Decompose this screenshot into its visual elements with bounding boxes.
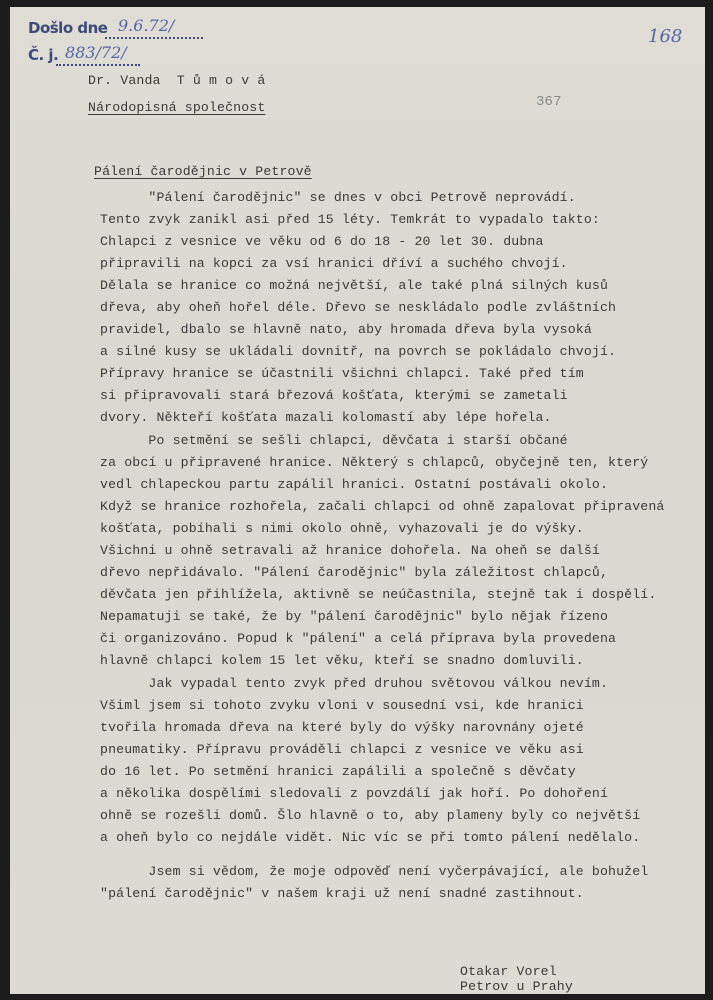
- body-line: hlavně chlapci kolem 15 let věku, kteří …: [100, 653, 584, 668]
- closing-line: "pálení čarodějnic" v našem kraji už nen…: [100, 886, 584, 901]
- body-line: Po setmění se sešli chlapci, děvčata i s…: [100, 433, 568, 448]
- body-line: pneumatiky. Přípravu prováděli chlapci z…: [100, 742, 584, 757]
- body-line: tvořila hromada dřeva na které byly do v…: [100, 720, 584, 735]
- body-line: si připravovali stará březová košťata, k…: [100, 388, 568, 403]
- body-line: Nepamatuji se také, že by "pálení čarodě…: [100, 609, 608, 624]
- addressee-name: Dr. Vanda T ů m o v á: [88, 73, 265, 88]
- body-line: dřeva, aby oheň hořel déle. Dřevo se nes…: [100, 300, 616, 315]
- stamp-line: [56, 64, 140, 66]
- body-line: Všiml jsem si tohoto zvyku vloni v souse…: [100, 698, 584, 713]
- body-line: dvory. Někteří košťata mazali kolomastí …: [100, 410, 552, 425]
- body-line: vedl chlapeckou partu zapálil hranici. O…: [100, 477, 608, 492]
- body-line: Přípravy hranice se účastnili všichni ch…: [100, 366, 584, 381]
- body-line: ohně se rozešli domů. Šlo hlavně o to, a…: [100, 808, 640, 823]
- received-stamp-label: Došlo dne: [28, 19, 107, 37]
- document-page: Došlo dne 9.6.72/ Č. j. 883/72/ 168 367 …: [10, 7, 705, 994]
- body-line: za obcí u připravené hranice. Některý s …: [100, 455, 648, 470]
- body-line: připravili na kopci za vsí hranici dříví…: [100, 256, 568, 271]
- stamp-line: [105, 37, 203, 39]
- signature-name: Otakar Vorel: [460, 964, 557, 979]
- body-line: pravidel, dbalo se hlavně nato, aby hrom…: [100, 322, 592, 337]
- body-line: košťata, pobíhali s nimi okolo ohně, vyh…: [100, 521, 584, 536]
- body-line: a oheň bylo co nejdále vidět. Nic víc se…: [100, 830, 640, 845]
- archive-mark: 367: [536, 94, 562, 110]
- body-line: dřevo nepřidávalo. "Pálení čarodějnic" b…: [100, 565, 608, 580]
- body-line: Chlapci z vesnice ve věku od 6 do 18 - 2…: [100, 234, 544, 249]
- body-line: Jak vypadal tento zvyk před druhou světo…: [100, 676, 608, 691]
- page-number-handwritten: 168: [648, 26, 682, 47]
- body-line: do 16 let. Po setmění hranici zapálili a…: [100, 764, 576, 779]
- body-line: Všichni u ohně setravali až hranice doho…: [100, 543, 600, 558]
- received-date-handwritten: 9.6.72/: [118, 16, 174, 35]
- body-line: Když se hranice rozhořela, začali chlapc…: [100, 499, 664, 514]
- signature-place: Petrov u Prahy: [460, 979, 573, 994]
- document-title: Pálení čarodějnic v Petrově: [94, 164, 312, 179]
- body-line: děvčata jen přihlížela, aktivně se neúča…: [100, 587, 656, 602]
- reference-stamp-label: Č. j.: [28, 46, 58, 64]
- body-line: Tento zvyk zanikl asi před 15 léty. Temk…: [100, 212, 600, 227]
- closing-line: Jsem si vědom, že moje odpověď není vyče…: [100, 864, 648, 879]
- body-line: a silné kusy se ukládali dovnitř, na pov…: [100, 344, 616, 359]
- body-line: či organizováno. Popud k "pálení" a celá…: [100, 631, 616, 646]
- body-line: Dělala se hranice co možná největší, ale…: [100, 278, 608, 293]
- reference-number-handwritten: 883/72/: [65, 43, 127, 62]
- body-line: "Pálení čarodějnic" se dnes v obci Petro…: [100, 190, 576, 205]
- body-line: a několika dospělími sledovali z povzdál…: [100, 786, 608, 801]
- addressee-organization: Národopisná společnost: [88, 100, 265, 115]
